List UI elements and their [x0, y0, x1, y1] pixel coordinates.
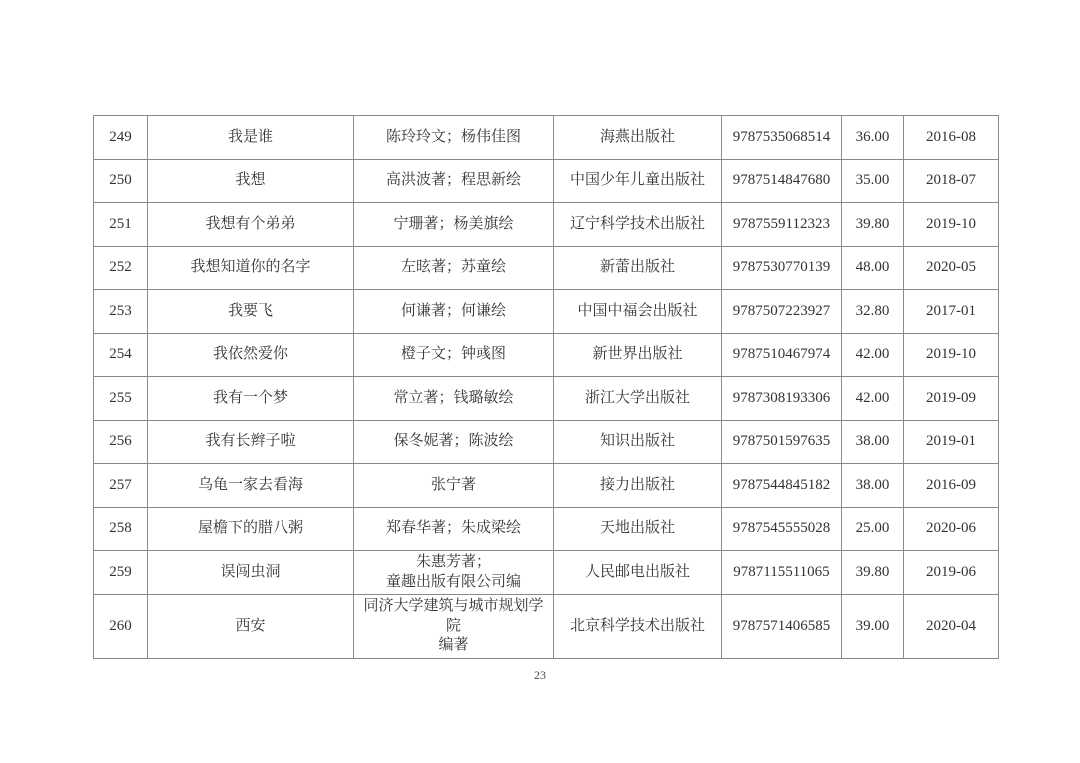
table-row: 260 西安 同济大学建筑与城市规划学院 编著 北京科学技术出版社 978757… — [94, 595, 999, 659]
table-row: 257 乌龟一家去看海 张宁著 接力出版社 9787544845182 38.0… — [94, 464, 999, 508]
cell-author: 高洪波著；程思新绘 — [354, 159, 554, 203]
cell-publisher: 浙江大学出版社 — [554, 377, 722, 421]
cell-index: 259 — [94, 551, 148, 595]
cell-publisher: 天地出版社 — [554, 507, 722, 551]
cell-title: 我要飞 — [148, 290, 354, 334]
cell-title: 我想有个弟弟 — [148, 203, 354, 247]
cell-date: 2016-08 — [904, 116, 999, 160]
cell-title: 误闯虫洞 — [148, 551, 354, 595]
cell-title: 我有长辫子啦 — [148, 420, 354, 464]
cell-author: 朱惠芳著； 童趣出版有限公司编 — [354, 551, 554, 595]
cell-date: 2018-07 — [904, 159, 999, 203]
cell-price: 38.00 — [842, 464, 904, 508]
table-row: 258 屋檐下的腊八粥 郑春华著；朱成梁绘 天地出版社 978754555502… — [94, 507, 999, 551]
cell-date: 2020-05 — [904, 246, 999, 290]
cell-price: 39.80 — [842, 203, 904, 247]
cell-date: 2019-01 — [904, 420, 999, 464]
cell-isbn: 9787501597635 — [722, 420, 842, 464]
cell-isbn: 9787514847680 — [722, 159, 842, 203]
table-row: 251 我想有个弟弟 宁珊著；杨美旗绘 辽宁科学技术出版社 9787559112… — [94, 203, 999, 247]
cell-price: 39.80 — [842, 551, 904, 595]
cell-title: 西安 — [148, 595, 354, 659]
cell-author: 同济大学建筑与城市规划学院 编著 — [354, 595, 554, 659]
cell-isbn: 9787507223927 — [722, 290, 842, 334]
cell-price: 35.00 — [842, 159, 904, 203]
cell-index: 249 — [94, 116, 148, 160]
cell-isbn: 9787544845182 — [722, 464, 842, 508]
table-row: 252 我想知道你的名字 左昡著；苏童绘 新蕾出版社 9787530770139… — [94, 246, 999, 290]
cell-publisher: 北京科学技术出版社 — [554, 595, 722, 659]
cell-price: 25.00 — [842, 507, 904, 551]
cell-publisher: 知识出版社 — [554, 420, 722, 464]
cell-publisher: 海燕出版社 — [554, 116, 722, 160]
cell-publisher: 人民邮电出版社 — [554, 551, 722, 595]
cell-price: 42.00 — [842, 333, 904, 377]
cell-publisher: 新蕾出版社 — [554, 246, 722, 290]
cell-price: 48.00 — [842, 246, 904, 290]
cell-price: 32.80 — [842, 290, 904, 334]
cell-index: 252 — [94, 246, 148, 290]
cell-isbn: 9787308193306 — [722, 377, 842, 421]
cell-date: 2019-10 — [904, 203, 999, 247]
cell-isbn: 9787535068514 — [722, 116, 842, 160]
cell-author: 常立著；钱璐敏绘 — [354, 377, 554, 421]
cell-author: 何谦著；何谦绘 — [354, 290, 554, 334]
book-list-table: 249 我是谁 陈玲玲文；杨伟佳图 海燕出版社 9787535068514 36… — [93, 115, 999, 659]
table-row: 259 误闯虫洞 朱惠芳著； 童趣出版有限公司编 人民邮电出版社 9787115… — [94, 551, 999, 595]
cell-index: 258 — [94, 507, 148, 551]
cell-isbn: 9787115511065 — [722, 551, 842, 595]
book-table-body: 249 我是谁 陈玲玲文；杨伟佳图 海燕出版社 9787535068514 36… — [94, 116, 999, 659]
cell-price: 38.00 — [842, 420, 904, 464]
cell-date: 2020-06 — [904, 507, 999, 551]
document-page: 249 我是谁 陈玲玲文；杨伟佳图 海燕出版社 9787535068514 36… — [0, 0, 1080, 763]
cell-isbn: 9787559112323 — [722, 203, 842, 247]
cell-publisher: 辽宁科学技术出版社 — [554, 203, 722, 247]
cell-title: 我想 — [148, 159, 354, 203]
cell-date: 2019-06 — [904, 551, 999, 595]
cell-publisher: 接力出版社 — [554, 464, 722, 508]
cell-title: 我有一个梦 — [148, 377, 354, 421]
cell-index: 253 — [94, 290, 148, 334]
cell-title: 我是谁 — [148, 116, 354, 160]
cell-isbn: 9787530770139 — [722, 246, 842, 290]
table-row: 250 我想 高洪波著；程思新绘 中国少年儿童出版社 9787514847680… — [94, 159, 999, 203]
cell-author: 宁珊著；杨美旗绘 — [354, 203, 554, 247]
cell-index: 256 — [94, 420, 148, 464]
cell-title: 乌龟一家去看海 — [148, 464, 354, 508]
cell-date: 2020-04 — [904, 595, 999, 659]
cell-author: 郑春华著；朱成梁绘 — [354, 507, 554, 551]
cell-publisher: 新世界出版社 — [554, 333, 722, 377]
table-row: 256 我有长辫子啦 保冬妮著；陈波绘 知识出版社 9787501597635 … — [94, 420, 999, 464]
cell-index: 251 — [94, 203, 148, 247]
cell-author: 橙子文；钟彧图 — [354, 333, 554, 377]
cell-isbn: 9787510467974 — [722, 333, 842, 377]
table-row: 249 我是谁 陈玲玲文；杨伟佳图 海燕出版社 9787535068514 36… — [94, 116, 999, 160]
cell-price: 36.00 — [842, 116, 904, 160]
cell-title: 我想知道你的名字 — [148, 246, 354, 290]
table-row: 253 我要飞 何谦著；何谦绘 中国中福会出版社 9787507223927 3… — [94, 290, 999, 334]
cell-index: 260 — [94, 595, 148, 659]
cell-isbn: 9787571406585 — [722, 595, 842, 659]
cell-date: 2017-01 — [904, 290, 999, 334]
cell-date: 2019-10 — [904, 333, 999, 377]
cell-index: 255 — [94, 377, 148, 421]
table-row: 254 我依然爱你 橙子文；钟彧图 新世界出版社 9787510467974 4… — [94, 333, 999, 377]
cell-date: 2019-09 — [904, 377, 999, 421]
page-number: 23 — [0, 668, 1080, 683]
cell-author: 陈玲玲文；杨伟佳图 — [354, 116, 554, 160]
cell-isbn: 9787545555028 — [722, 507, 842, 551]
cell-price: 42.00 — [842, 377, 904, 421]
cell-price: 39.00 — [842, 595, 904, 659]
cell-author: 保冬妮著；陈波绘 — [354, 420, 554, 464]
cell-index: 257 — [94, 464, 148, 508]
cell-author: 左昡著；苏童绘 — [354, 246, 554, 290]
table-row: 255 我有一个梦 常立著；钱璐敏绘 浙江大学出版社 9787308193306… — [94, 377, 999, 421]
cell-author: 张宁著 — [354, 464, 554, 508]
cell-publisher: 中国中福会出版社 — [554, 290, 722, 334]
cell-title: 我依然爱你 — [148, 333, 354, 377]
cell-title: 屋檐下的腊八粥 — [148, 507, 354, 551]
cell-date: 2016-09 — [904, 464, 999, 508]
cell-index: 250 — [94, 159, 148, 203]
cell-index: 254 — [94, 333, 148, 377]
cell-publisher: 中国少年儿童出版社 — [554, 159, 722, 203]
